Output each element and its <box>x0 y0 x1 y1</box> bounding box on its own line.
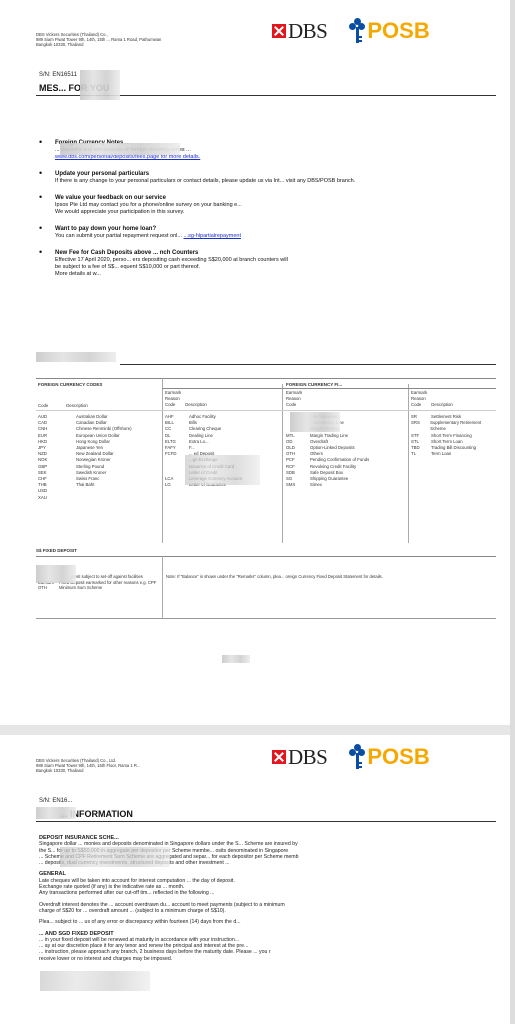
info-section: GENERALLate cheques will be taken into a… <box>39 871 499 896</box>
divider <box>36 821 496 822</box>
info-section: Plea... subject to ... us of any error o… <box>39 919 499 925</box>
currency-list: AUDAustralian DollarCADCanadian DollarCN… <box>38 414 132 501</box>
dbs-mark-icon <box>272 750 286 764</box>
redaction <box>185 455 260 485</box>
serial-number: S/N: EN16... <box>39 798 72 804</box>
message-item: Update your personal particularsIf there… <box>39 171 499 185</box>
messages-list: Foreign Currency Notes ...... deposits a… <box>39 140 499 288</box>
redaction <box>40 971 150 991</box>
redaction <box>222 655 250 663</box>
fixed-deposit-table: S$ FIXED DEPOSIT ...posit subject to set… <box>36 548 496 554</box>
code-header: CodeDescription <box>38 403 88 409</box>
bank-logos: DBS POSB <box>272 18 430 44</box>
dbs-mark-icon <box>272 24 286 38</box>
code-row: TLTerm Loan <box>411 451 495 457</box>
statement-page-1: DBS Vickers Securities (Thailand) Co., 9… <box>0 0 510 725</box>
scrollbar[interactable] <box>510 0 515 1024</box>
message-item: New Fee for Cash Deposits above ... nch … <box>39 250 499 278</box>
dbs-logo: DBS <box>272 745 327 770</box>
dbs-logo: DBS <box>272 19 327 44</box>
redaction <box>60 847 170 867</box>
serial-number: S/N: EN16511 <box>39 72 77 78</box>
redaction <box>80 70 120 100</box>
company-address: DBS Vickers Securities (Thailand) Co., 9… <box>36 32 161 47</box>
posb-key-icon <box>349 744 365 770</box>
message-item: Want to pay down your home loan?You can … <box>39 226 499 240</box>
code-row: XAU <box>38 495 132 501</box>
posb-logo: POSB <box>349 18 429 44</box>
redaction <box>36 352 116 362</box>
posb-logo: POSB <box>349 744 429 770</box>
code-row: SMXSimex <box>286 482 369 488</box>
posb-key-icon <box>349 18 365 44</box>
divider <box>120 364 496 365</box>
earmark-list-3: SRSettlement RiskSRSSupplementary Retire… <box>411 414 495 457</box>
statement-page-2: DBS Vickers Securities (Thailand) Co., L… <box>0 735 510 1024</box>
redaction <box>36 565 76 583</box>
redaction <box>290 412 340 432</box>
code-row: SRSSupplementary Retirement Scheme <box>411 420 495 432</box>
message-item: We value your feedback on our serviceIps… <box>39 195 499 216</box>
info-section: Overdraft interest denotes the ... accou… <box>39 902 499 915</box>
partial-repayment-link[interactable]: ...sg-hlpartialrepayment <box>184 233 241 239</box>
redaction <box>60 143 180 155</box>
company-address: DBS Vickers Securities (Thailand) Co., L… <box>36 758 140 773</box>
info-section: ... AND SGD FIXED DEPOSIT... in your fix… <box>39 931 499 962</box>
bank-logos: DBS POSB <box>272 744 430 770</box>
fees-link[interactable]: www.dbs.com/personal/deposits/fees.page … <box>55 154 499 161</box>
redaction <box>36 807 76 819</box>
